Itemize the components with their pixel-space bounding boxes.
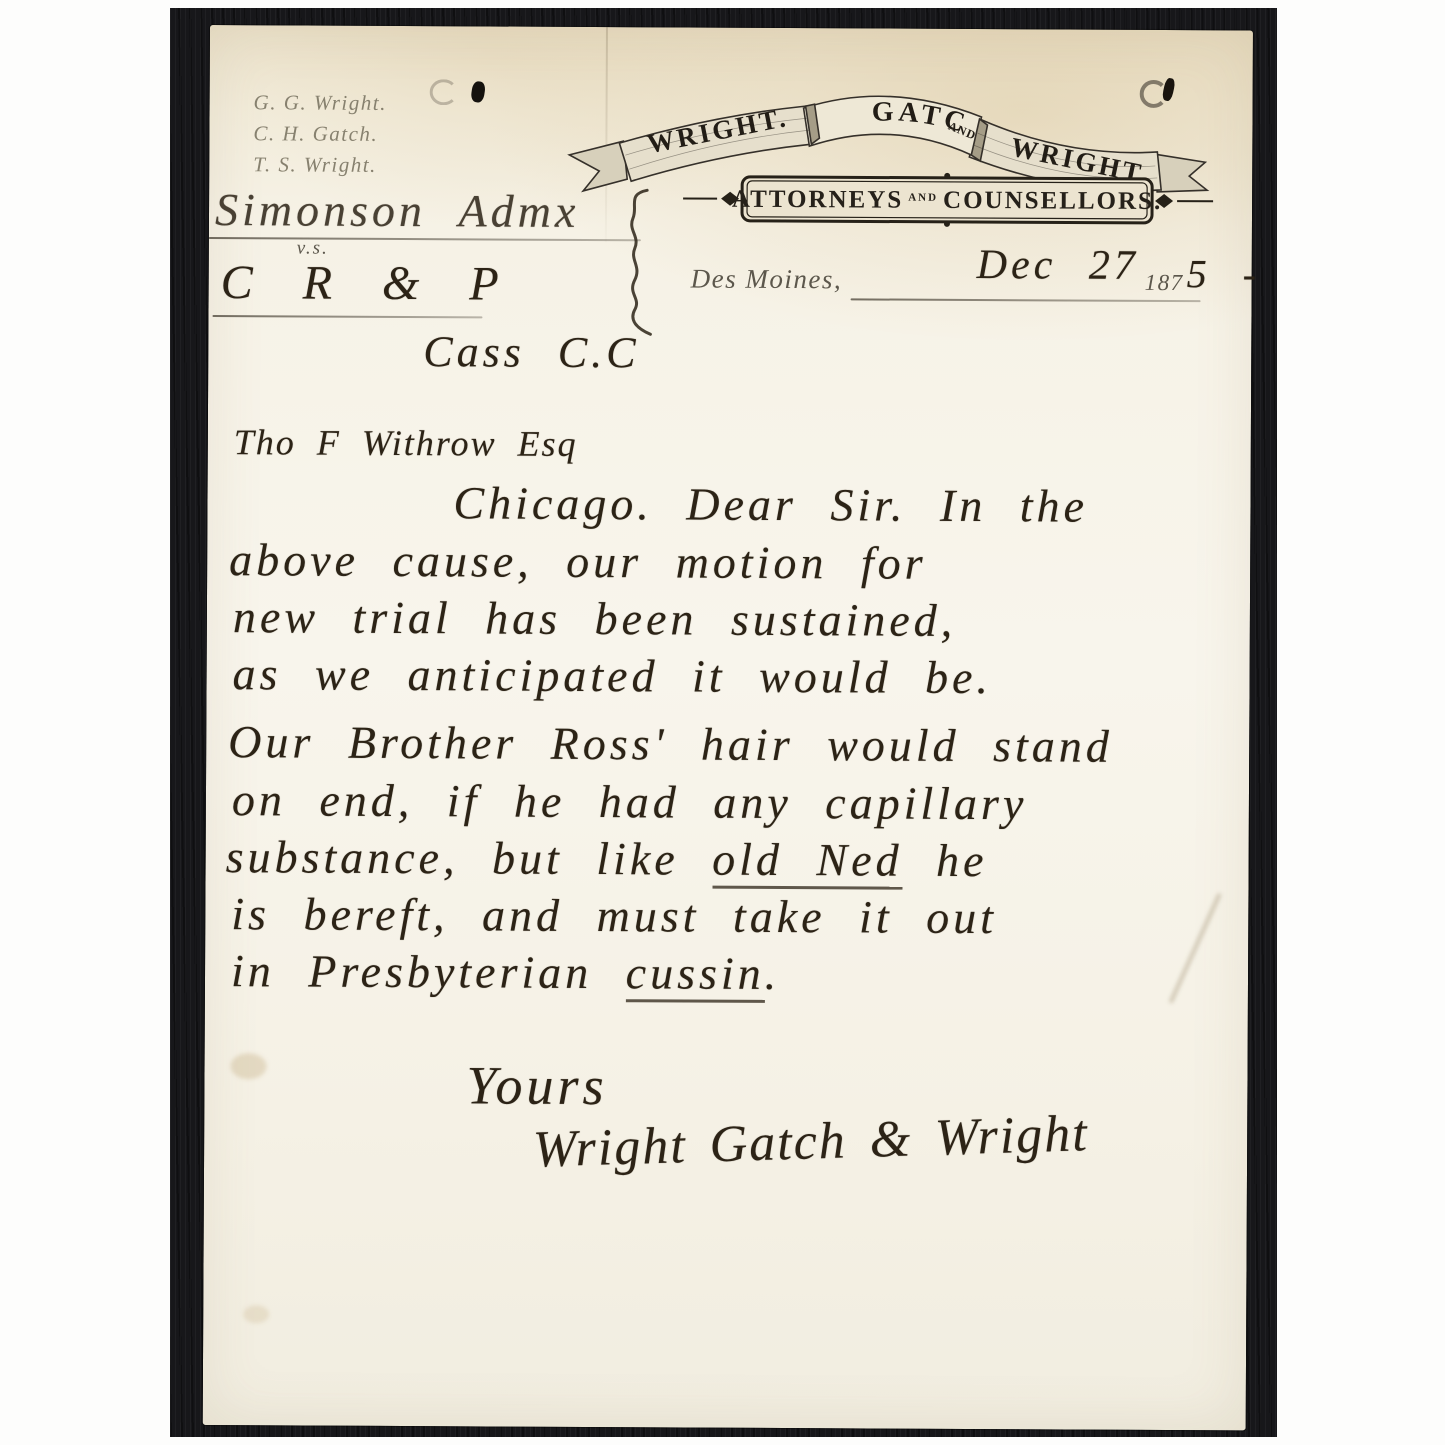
date-handwritten: Dec 27: [977, 241, 1139, 290]
body-line-underlined-text: cussin: [626, 947, 765, 1003]
court-line: Cass C.C: [423, 326, 640, 378]
body-line: new trial has been sustained,: [233, 590, 957, 647]
body-line: on end, if he had any capillary: [232, 773, 1028, 830]
body-line-text: on end, if he had any capillary: [232, 774, 1028, 829]
body-line-text: substance, but like: [226, 831, 713, 885]
body-line-text: new trial has been sustained,: [233, 591, 957, 646]
caption-rule: [212, 315, 482, 318]
city-printed: Des Moines,: [691, 264, 843, 296]
paper-stain: [243, 1305, 269, 1323]
paper-stain: [230, 1053, 266, 1079]
letter-paper: G. G. Wright. C. H. Gatch. T. S. Wright.: [203, 25, 1253, 1430]
ink-ring-blot: [430, 79, 458, 105]
photo-mat: G. G. Wright. C. H. Gatch. T. S. Wright.: [170, 8, 1277, 1437]
ink-smudge-streak: [1169, 893, 1222, 1004]
case-brace: [610, 187, 657, 337]
attorney-name: T. S. Wright.: [253, 149, 386, 181]
case-defendant-line: C R & P: [221, 255, 513, 312]
recipient-line: Tho F Withrow Esq: [234, 421, 578, 465]
cartouche-word: ATTORNEYS: [732, 186, 903, 214]
cartouche-and: AND: [908, 192, 938, 204]
cartouche: ATTORNEYSANDCOUNSELLORS.: [683, 171, 1213, 228]
year-handwritten: 5 -: [1187, 250, 1261, 297]
body-line-text: he: [902, 835, 987, 886]
svg-text:ATTORNEYSANDCOUNSELLORS.: ATTORNEYSANDCOUNSELLORS.: [732, 186, 1162, 215]
date-rule: [851, 298, 1201, 302]
body-line-text: Chicago. Dear Sir. In the: [453, 477, 1088, 531]
body-line-text: in Presbyterian: [231, 945, 626, 998]
body-line: Our Brother Ross' hair would stand: [228, 715, 1113, 773]
scanned-letter-photo: G. G. Wright. C. H. Gatch. T. S. Wright.: [0, 0, 1445, 1445]
body-line: substance, but like old Ned he: [226, 830, 988, 887]
body-line-text: Our Brother Ross' hair would stand: [228, 716, 1113, 772]
valediction: Yours: [466, 1054, 607, 1117]
letterhead-attorneys: G. G. Wright. C. H. Gatch. T. S. Wright.: [253, 87, 387, 181]
body-line: as we anticipated it would be.: [232, 647, 992, 704]
body-line: in Presbyterian cussin.: [231, 944, 780, 1000]
body-line-text: is bereft, and must take it out: [231, 888, 997, 943]
signature: Wright Gatch & Wright: [532, 1104, 1089, 1179]
attorney-name: C. H. Gatch.: [253, 118, 386, 150]
body-line-text: above cause, our motion for: [229, 534, 927, 589]
ink-blot: [470, 81, 486, 104]
body-line: above cause, our motion for: [229, 533, 927, 590]
body-line: is bereft, and must take it out: [231, 887, 997, 944]
body-line: Chicago. Dear Sir. In the: [453, 476, 1088, 532]
cartouche-word: COUNSELLORS.: [943, 187, 1162, 215]
body-line-underlined-text: old Ned: [712, 834, 903, 890]
body-line-text: as we anticipated it would be.: [232, 648, 992, 703]
ribbon-tail-left: [569, 141, 627, 191]
printed-year-prefix: 187: [1145, 270, 1184, 296]
attorney-name: G. G. Wright.: [254, 87, 387, 119]
case-plaintiff-line: Simonson Admx: [215, 183, 580, 238]
body-line-text: .: [765, 948, 781, 999]
